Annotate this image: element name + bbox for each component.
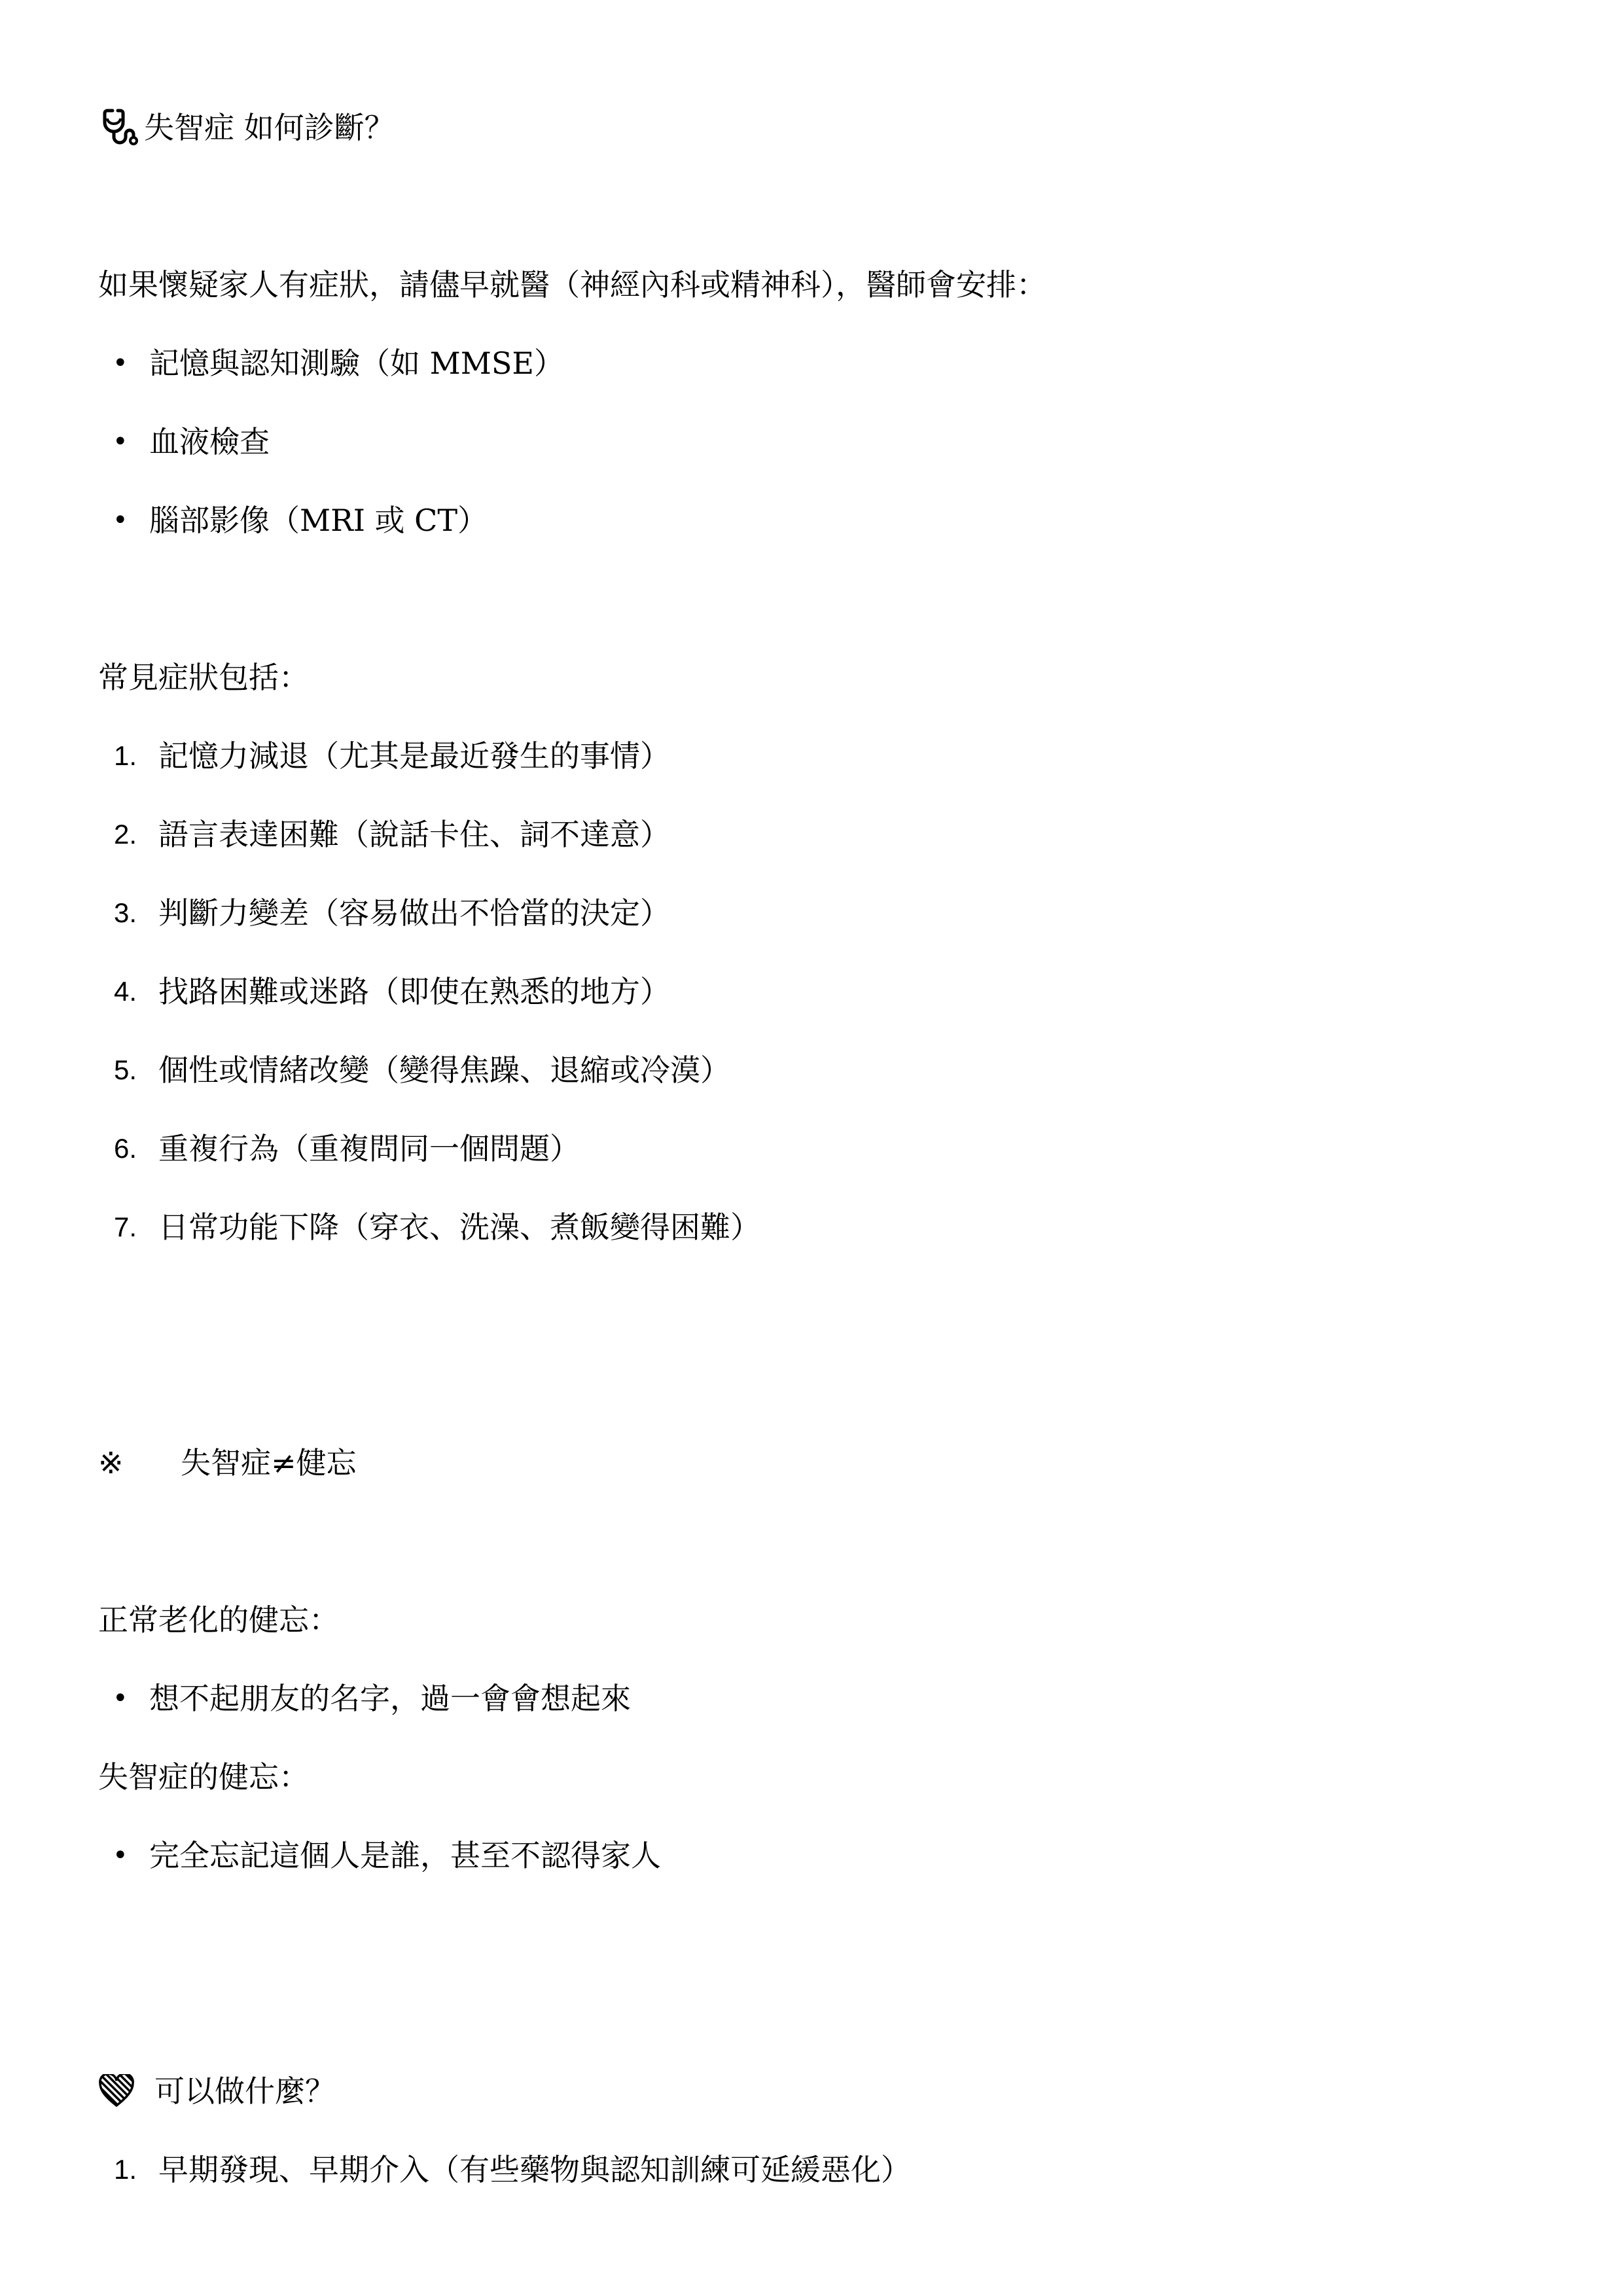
list-item-test: • 血液檢查 — [98, 419, 270, 465]
list-number: 4. — [98, 969, 158, 1014]
list-item-text: 完全忘記這個人是誰，甚至不認得家人 — [149, 1833, 661, 1878]
bullet-marker: • — [98, 419, 149, 465]
list-item-symptom: 6. 重複行為（重複問同一個問題） — [98, 1126, 580, 1172]
note-text: 失智症≠健忘 — [181, 1440, 357, 1486]
heading-text: 正常老化的健忘： — [98, 1597, 339, 1643]
list-item-text: 腦部影像（MRI 或 CT） — [149, 497, 488, 543]
bullet-marker: • — [98, 340, 149, 386]
list-item-text: 記憶與認知測驗（如 MMSE） — [149, 340, 564, 386]
list-number: 6. — [98, 1126, 158, 1172]
stethoscope-icon — [98, 107, 140, 149]
list-number: 1. — [98, 733, 158, 779]
list-item-symptom: 4. 找路困難或迷路（即使在熟悉的地方） — [98, 969, 670, 1014]
list-item-symptom: 1. 記憶力減退（尤其是最近發生的事情） — [98, 733, 670, 779]
list-item-text: 日常功能下降（穿衣、洗澡、煮飯變得困難） — [158, 1204, 760, 1250]
list-item-text: 找路困難或迷路（即使在熟悉的地方） — [158, 969, 670, 1014]
bullet-marker: • — [98, 1676, 149, 1721]
list-item-text: 個性或情緒改變（變得焦躁、退縮或冷漠） — [158, 1047, 730, 1093]
heart-icon — [98, 2074, 135, 2108]
list-item-text: 記憶力減退（尤其是最近發生的事情） — [158, 733, 670, 779]
list-number: 5. — [98, 1047, 158, 1093]
intro-text: 如果懷疑家人有症狀，請儘早就醫（神經內科或精神科），醫師會安排： — [98, 262, 1046, 308]
reference-mark-icon: ※ — [98, 1440, 181, 1486]
list-item-symptom: 3. 判斷力變差（容易做出不恰當的決定） — [98, 890, 670, 936]
section-title-text: 失智症 如何診斷？ — [144, 105, 395, 151]
list-item-text: 想不起朋友的名字，過一會會想起來 — [149, 1676, 631, 1721]
note-line: ※ 失智症≠健忘 — [98, 1440, 357, 1486]
intro-paragraph: 如果懷疑家人有症狀，請儘早就醫（神經內科或精神科），醫師會安排： — [98, 262, 1046, 308]
list-item-normal: • 想不起朋友的名字，過一會會想起來 — [98, 1676, 631, 1721]
list-item-text: 語言表達困難（說話卡住、詞不達意） — [158, 812, 670, 857]
list-number: 7. — [98, 1204, 158, 1250]
list-item-test: • 腦部影像（MRI 或 CT） — [98, 497, 488, 543]
list-number: 3. — [98, 890, 158, 936]
section-title-diagnosis: 失智症 如何診斷？ — [98, 105, 395, 151]
list-item-symptom: 7. 日常功能下降（穿衣、洗澡、煮飯變得困難） — [98, 1204, 760, 1250]
list-item-symptom: 5. 個性或情緒改變（變得焦躁、退縮或冷漠） — [98, 1047, 730, 1093]
heading-text: 失智症的健忘： — [98, 1754, 309, 1800]
list-item-text: 早期發現、早期介入（有些藥物與認知訓練可延緩惡化） — [158, 2147, 911, 2193]
normal-forgetfulness-heading: 正常老化的健忘： — [98, 1597, 339, 1643]
symptoms-heading-text: 常見症狀包括： — [98, 655, 309, 700]
list-number: 1. — [98, 2147, 158, 2193]
list-item-text: 重複行為（重複問同一個問題） — [158, 1126, 580, 1172]
list-item-text: 判斷力變差（容易做出不恰當的決定） — [158, 890, 670, 936]
dementia-forgetfulness-heading: 失智症的健忘： — [98, 1754, 309, 1800]
list-item-dementia: • 完全忘記這個人是誰，甚至不認得家人 — [98, 1833, 661, 1878]
list-item-action: 1. 早期發現、早期介入（有些藥物與認知訓練可延緩惡化） — [98, 2147, 911, 2193]
list-number: 2. — [98, 812, 158, 857]
list-item-test: • 記憶與認知測驗（如 MMSE） — [98, 340, 564, 386]
symptoms-heading: 常見症狀包括： — [98, 655, 309, 700]
list-item-symptom: 2. 語言表達困難（說話卡住、詞不達意） — [98, 812, 670, 857]
section-title-text: 可以做什麼？ — [154, 2068, 335, 2114]
bullet-marker: • — [98, 497, 149, 543]
section-title-what-to-do: 可以做什麼？ — [98, 2068, 335, 2114]
bullet-marker: • — [98, 1833, 149, 1878]
list-item-text: 血液檢查 — [149, 419, 270, 465]
